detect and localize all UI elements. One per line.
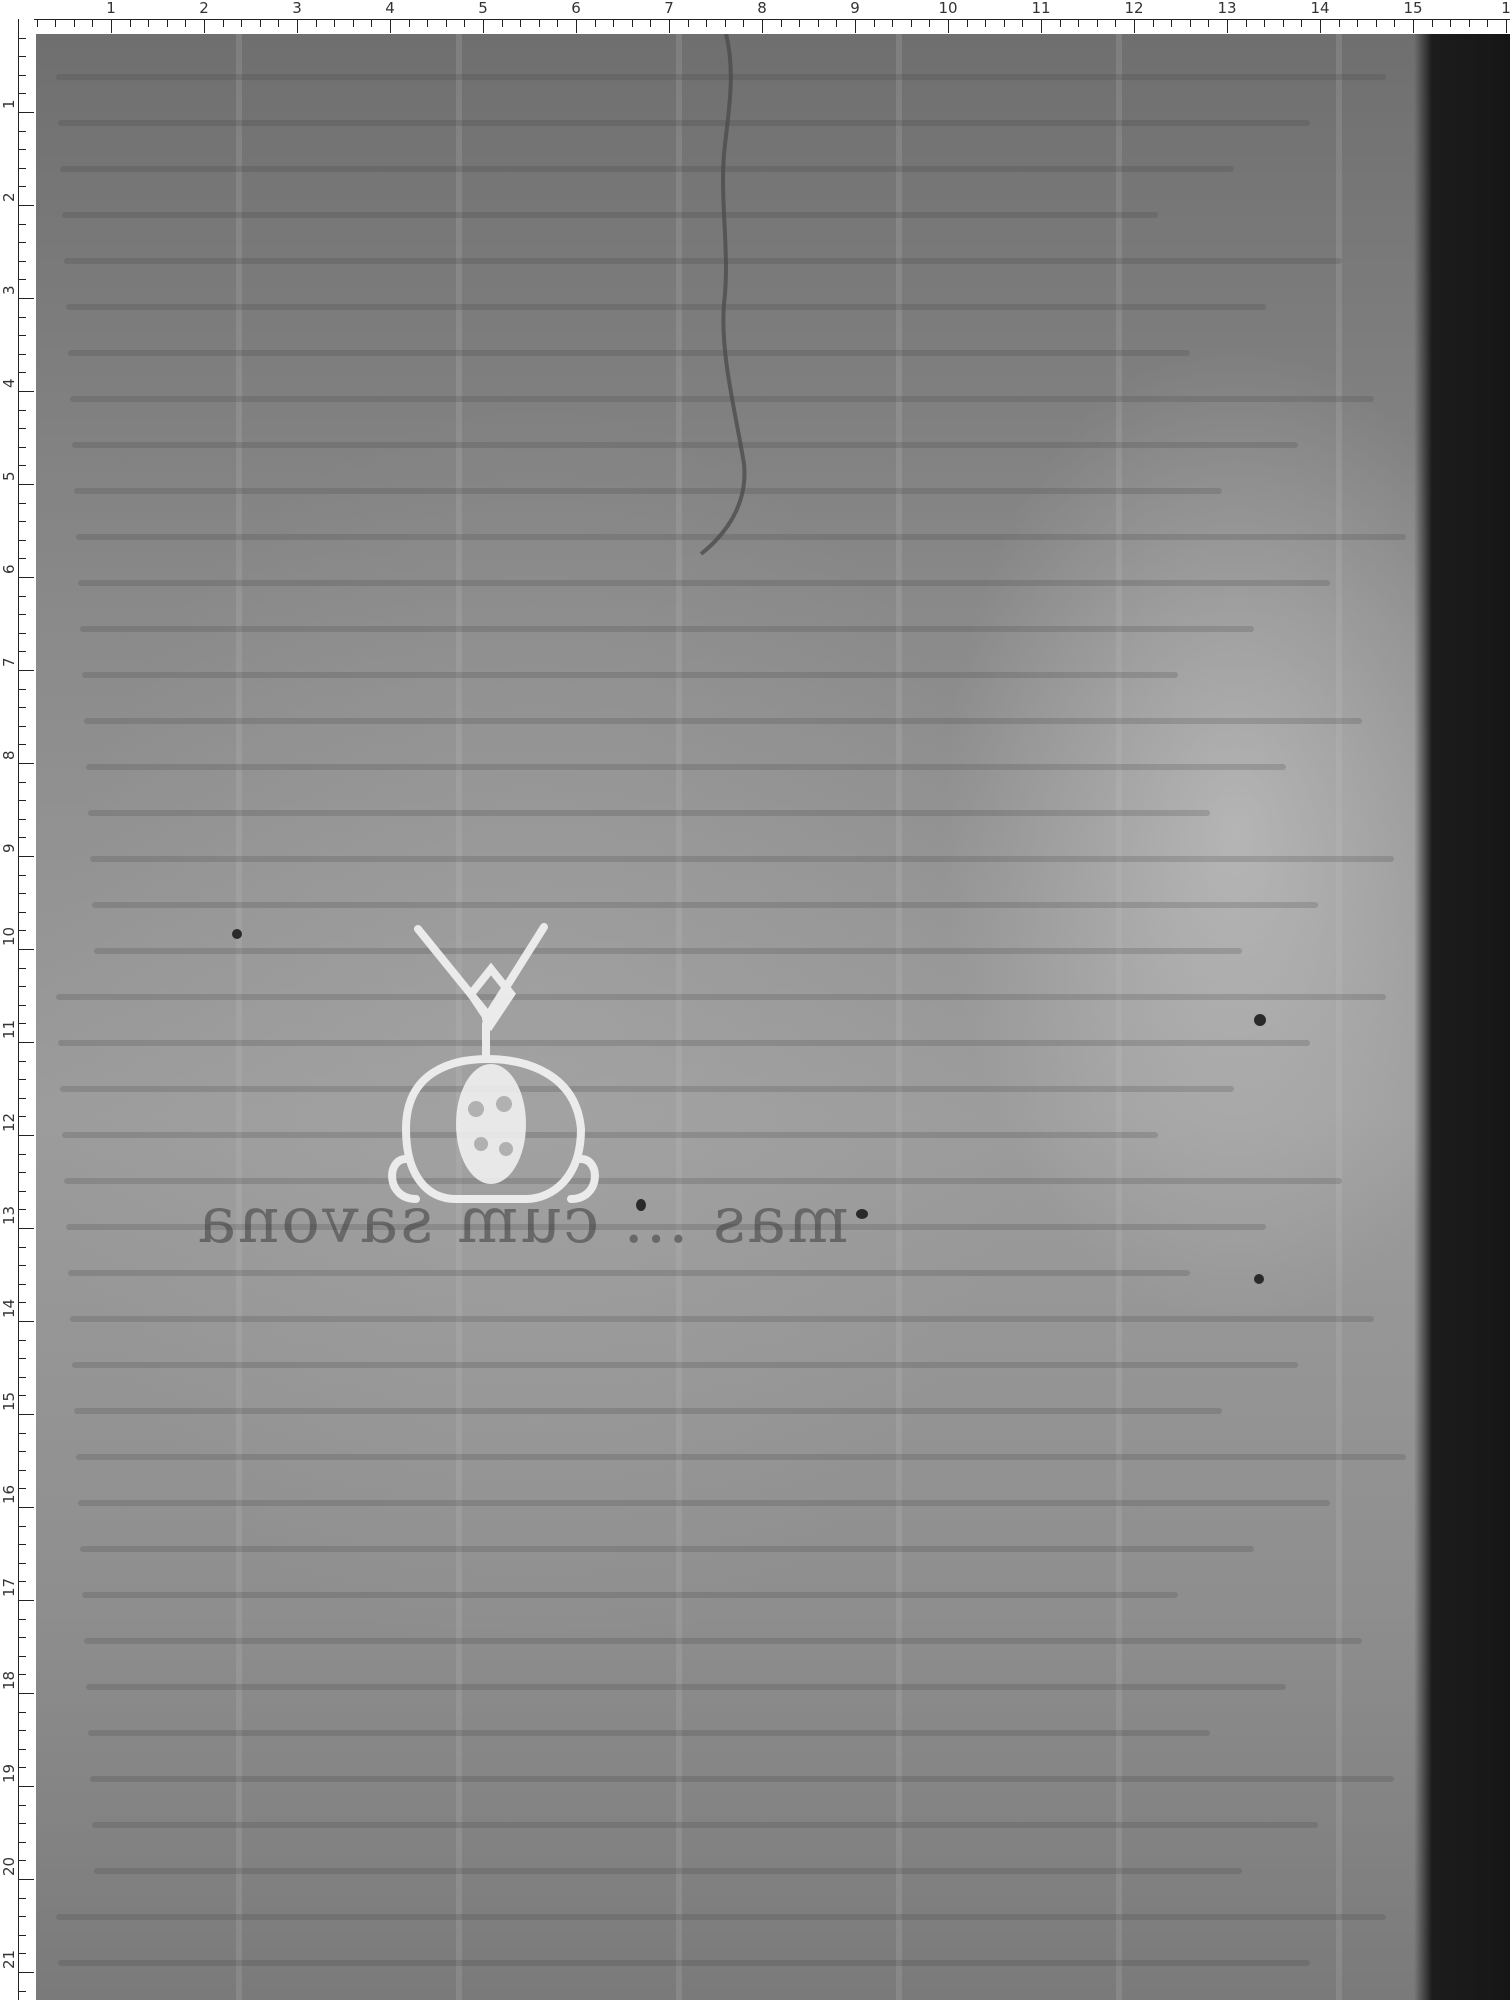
ruler-label: 1: [106, 0, 116, 16]
ruler-label: 2: [199, 0, 209, 16]
ruler-label: 4: [1, 358, 17, 388]
ruler-label: 10: [1, 916, 17, 946]
ruler-label: 16: [1, 1474, 17, 1504]
ruler-label: 8: [1, 730, 17, 760]
ruler-label: 6: [1, 544, 17, 574]
ruler-label: 12: [1, 1102, 17, 1132]
ruler-label: 13: [1, 1195, 17, 1225]
ruler-label: 5: [478, 0, 488, 16]
ink-spot: [232, 929, 242, 939]
left-ruler: 123456789101112131415161718192021: [0, 0, 34, 2000]
ruler-label: 3: [1, 265, 17, 295]
ruler-label: 9: [850, 0, 860, 16]
ink-spot: [1254, 1274, 1264, 1284]
ruler-label: 8: [757, 0, 767, 16]
ruler-label: 11: [1, 1009, 17, 1039]
ruler-label: 1: [1501, 0, 1510, 16]
ruler-label: 9: [1, 823, 17, 853]
ruler-label: 14: [1310, 0, 1329, 16]
ruler-label: 5: [1, 451, 17, 481]
ruler-label: 15: [1403, 0, 1422, 16]
ruler-label: 12: [1124, 0, 1143, 16]
ruler-label: 4: [385, 0, 395, 16]
ruler-label: 20: [1, 1846, 17, 1876]
paper-crack: [36, 34, 1510, 634]
watermark-crown-shield-icon: [376, 899, 616, 1239]
ink-spot: [856, 1209, 868, 1219]
ruler-label: 21: [1, 1939, 17, 1969]
ruler-label: 14: [1, 1288, 17, 1318]
ruler-label: 19: [1, 1753, 17, 1783]
manuscript-scan: mas ... cum savona: [36, 34, 1510, 2000]
ink-spot: [636, 1199, 646, 1211]
ruler-label: 7: [1, 637, 17, 667]
ruler-label: 3: [292, 0, 302, 16]
ruler-label: 11: [1031, 0, 1050, 16]
ink-spot: [1254, 1014, 1266, 1026]
ruler-label: 1: [1, 79, 17, 109]
ruler-label: 6: [571, 0, 581, 16]
ruler-label: 10: [938, 0, 957, 16]
ruler-label: 18: [1, 1660, 17, 1690]
scanner-edge-shadow: [1414, 34, 1510, 2000]
ruler-label: 2: [1, 172, 17, 202]
ruler-label: 17: [1, 1567, 17, 1597]
ruler-label: 13: [1217, 0, 1236, 16]
ruler-label: 7: [664, 0, 674, 16]
ruler-label: 15: [1, 1381, 17, 1411]
top-ruler: 01234567891011121314151: [0, 0, 1510, 34]
